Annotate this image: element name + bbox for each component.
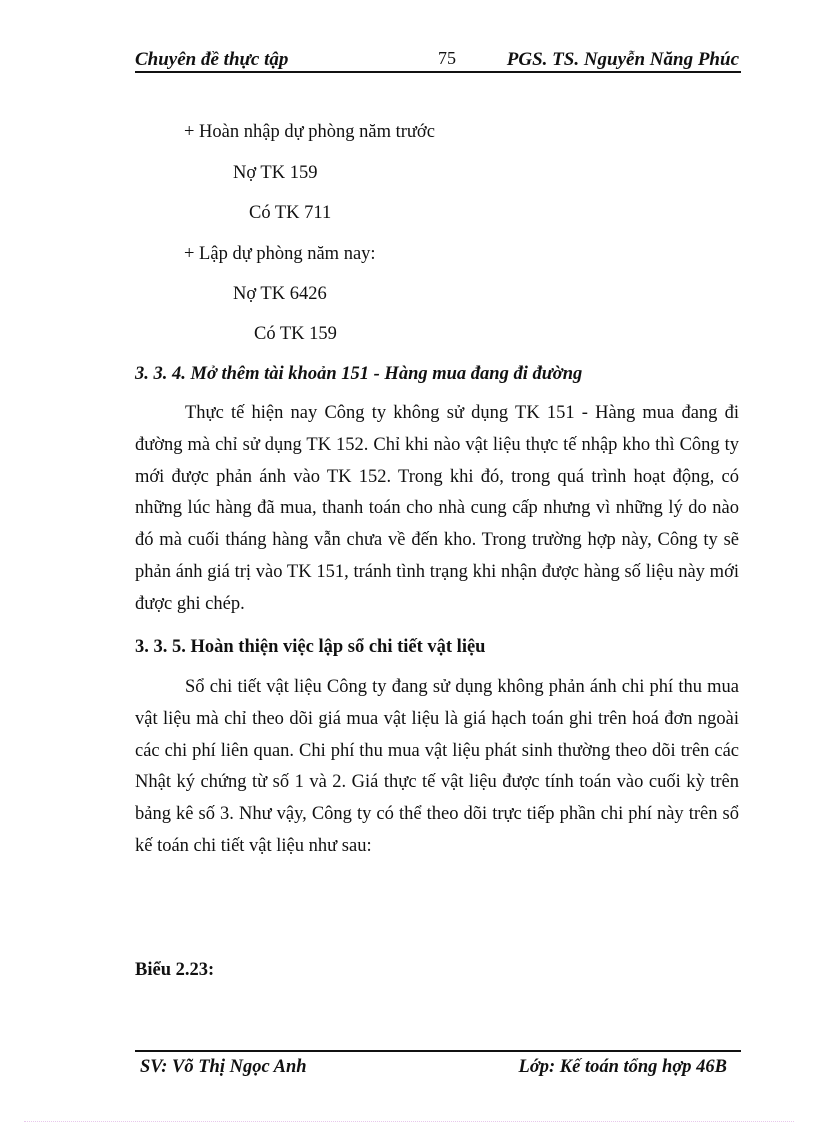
entry-provision-heading: + Lập dự phòng năm nay: (184, 244, 376, 265)
page-footer: SV: Võ Thị Ngọc Anh Lớp: Kế toán tổng hợ… (135, 1050, 741, 1080)
entry-credit: Có TK 711 (249, 203, 331, 224)
footer-class: Lớp: Kế toán tổng hợp 46B (519, 1057, 727, 1078)
page-number: 75 (438, 48, 456, 69)
exhibit-label: Biểu 2.23: (135, 960, 214, 981)
entry-debit: Nợ TK 159 (233, 163, 317, 184)
entry-credit: Có TK 159 (254, 324, 337, 345)
header-title: Chuyên đề thực tập (135, 49, 288, 71)
entry-reversal-heading: + Hoàn nhập dự phòng năm trước (184, 122, 435, 143)
section-paragraph-3-3-5: Sổ chi tiết vật liệu Công ty đang sử dụn… (135, 672, 739, 863)
section-heading-3-3-4: 3. 3. 4. Mở thêm tài khoản 151 - Hàng mu… (135, 364, 582, 385)
page-header: Chuyên đề thực tập 75 PGS. TS. Nguyễn Nă… (135, 47, 741, 73)
document-page: Chuyên đề thực tập 75 PGS. TS. Nguyễn Nă… (0, 0, 816, 1123)
header-advisor: PGS. TS. Nguyễn Năng Phúc (507, 49, 739, 71)
section-heading-3-3-5: 3. 3. 5. Hoàn thiện việc lập sổ chi tiết… (135, 637, 485, 658)
section-paragraph-3-3-4: Thực tế hiện nay Công ty không sử dụng T… (135, 398, 739, 621)
entry-debit: Nợ TK 6426 (233, 284, 327, 305)
footer-student: SV: Võ Thị Ngọc Anh (140, 1057, 307, 1078)
page-boundary-divider (24, 1121, 794, 1122)
